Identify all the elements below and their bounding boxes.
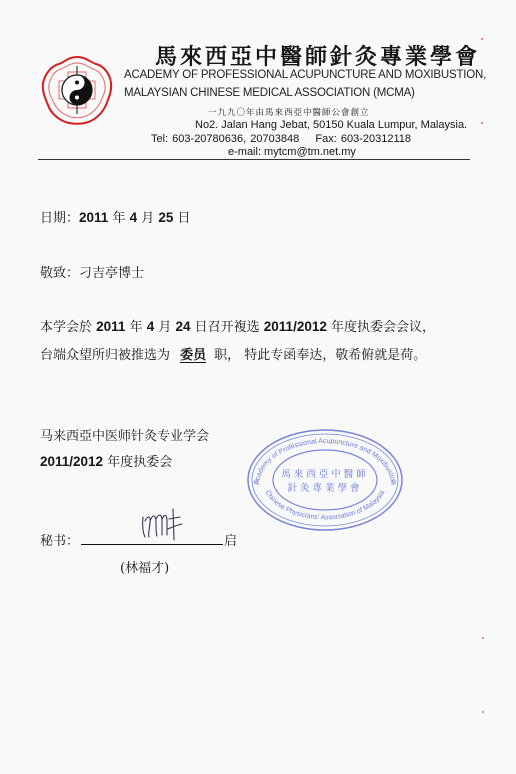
scan-speck xyxy=(481,122,483,124)
secretary-closing: 启 xyxy=(224,534,237,549)
signoff-committee-label: 年度执委会 xyxy=(103,455,172,470)
address: No2. Jalan Hang Jebat, 50150 Kuala Lumpu… xyxy=(195,119,467,131)
founded-note: 一九九〇年由馬來西亞中醫師公會創立 xyxy=(208,106,370,118)
text-fragment: 职， 特此专函奉达，敬希俯就是荷。 xyxy=(214,348,426,363)
meeting-day: 24 xyxy=(175,319,190,334)
body-paragraph-line2: 台端众望所归被推选为 委员职， 特此专函奉达，敬希俯就是荷。 xyxy=(40,344,426,363)
stamp-bottom-text: Chinese Physicians' Association of Malay… xyxy=(264,489,387,521)
text-fragment: 年 xyxy=(125,320,146,335)
scan-speck xyxy=(481,38,483,40)
signoff-committee: 2011/2012 年度执委会 xyxy=(40,451,172,470)
date-year-unit: 年 xyxy=(108,211,129,226)
star-icon: ✩ xyxy=(253,478,259,486)
org-name-english-line1: ACADEMY OF PROFESSIONAL ACUPUNCTURE AND … xyxy=(124,69,486,81)
stamp-inner-line2: 針灸專業學會 xyxy=(287,482,362,494)
svg-text:Chinese Physicians' Associatio: Chinese Physicians' Association of Malay… xyxy=(264,489,387,521)
scan-speck xyxy=(482,637,484,639)
yin-yang-emblem-icon xyxy=(40,54,114,126)
contact-phone-fax: Tel: 603-20780636, 20703848 Fax: 603-203… xyxy=(151,133,411,145)
org-name-chinese: 馬來西亞中醫師針灸專業學會 xyxy=(155,40,455,71)
text-fragment: 年度执委会会议， xyxy=(327,320,435,335)
body-paragraph-line1: 本学会於 2011 年 4 月 24 日召开複选 2011/2012 年度执委会… xyxy=(40,316,435,335)
org-name-english-line2: MALAYSIAN CHINESE MEDICAL ASSOCIATION (M… xyxy=(124,87,415,99)
secretary-signature-line: 秘书：启 xyxy=(40,530,237,549)
text-fragment: 日召开複选 xyxy=(191,320,264,335)
committee-term: 2011/2012 xyxy=(264,319,327,334)
date-label: 日期： xyxy=(40,211,79,226)
letterhead-divider xyxy=(38,159,470,160)
secretary-name: (林福才) xyxy=(120,557,169,576)
signoff-organization: 马来西亞中医师针灸专业学会 xyxy=(40,425,209,444)
signoff-term: 2011/2012 xyxy=(40,454,103,469)
text-fragment: 台端众望所归被推选为 xyxy=(40,348,174,363)
secretary-label: 秘书： xyxy=(40,534,79,549)
text-fragment: 本学会於 xyxy=(40,320,96,335)
stamp-inner-line1: 馬來西亞中醫師 xyxy=(281,468,369,480)
date-month-unit: 月 xyxy=(137,211,158,226)
elected-position: 委员 xyxy=(174,348,214,363)
date-day: 25 xyxy=(158,210,173,225)
salutation: 敬致：刁吉亭博士 xyxy=(40,262,144,281)
contact-email[interactable]: e-mail: mytcm@tm.net.my xyxy=(228,146,356,158)
date-line: 日期：2011 年 4 月 25 日 xyxy=(40,207,191,226)
date-day-unit: 日 xyxy=(173,211,190,226)
text-fragment: 月 xyxy=(154,320,175,335)
meeting-year: 2011 xyxy=(96,319,125,334)
signature-underline xyxy=(81,534,223,545)
official-seal-stamp: Academy of Professional Acupuncture and … xyxy=(245,427,405,533)
date-year: 2011 xyxy=(79,210,108,225)
date-month: 4 xyxy=(130,210,138,225)
scan-speck xyxy=(482,711,484,713)
star-icon: ✩ xyxy=(391,478,397,486)
